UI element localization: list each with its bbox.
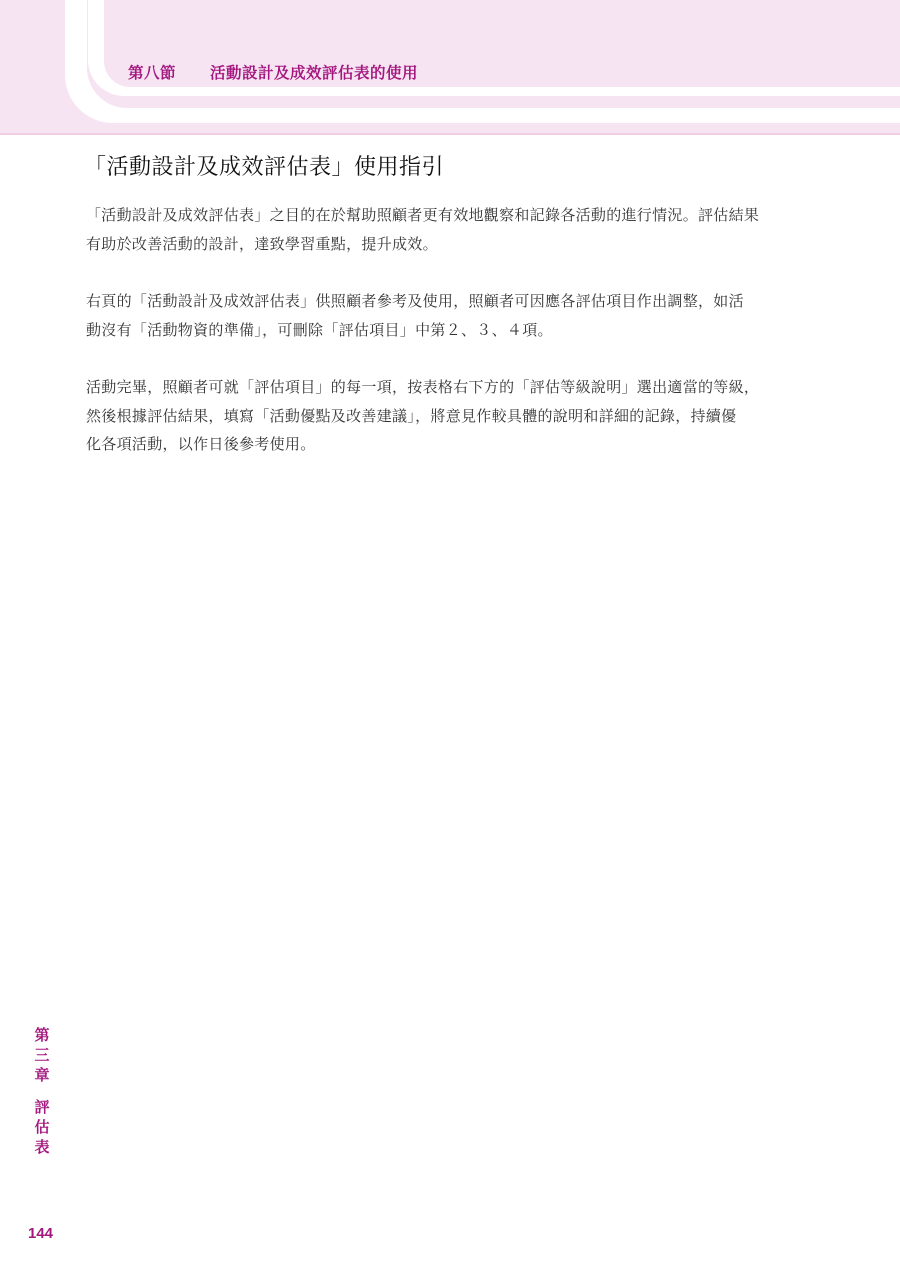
paragraph-line: 化各項活動，以作日後參考使用。 [86,430,806,459]
paragraph-line: 活動完畢，照顧者可就「評估項目」的每一項，按表格右下方的「評估等級說明」選出適當… [86,373,806,402]
paragraph-line: 動沒有「活動物資的準備」，可刪除「評估項目」中第２、３、４項。 [86,316,806,345]
chapter-side-tab: 第 三 章 評 估 表 [32,1025,52,1157]
page-number: 144 [28,1225,53,1242]
side-tab-spacer [32,1085,52,1097]
paragraph-line: 右頁的「活動設計及成效評估表」供照顧者參考及使用，照顧者可因應各評估項目作出調整… [86,287,806,316]
chapter-label-char: 章 [32,1065,52,1085]
paragraph-purpose: 「活動設計及成效評估表」之目的在於幫助照顧者更有效地觀察和記錄各活動的進行情況。… [86,201,806,258]
paragraph-line: 「活動設計及成效評估表」之目的在於幫助照顧者更有效地觀察和記錄各活動的進行情況。… [86,201,806,230]
section-heading: 第八節活動設計及成效評估表的使用 [128,61,418,83]
page-title: 「活動設計及成效評估表」使用指引 [84,150,444,181]
chapter-label-char: 三 [32,1045,52,1065]
paragraph-line: 有助於改善活動的設計，達致學習重點，提升成效。 [86,230,806,259]
chapter-title-char: 評 [32,1097,52,1117]
section-title: 活動設計及成效評估表的使用 [210,64,418,82]
paragraph-procedure: 活動完畢，照顧者可就「評估項目」的每一項，按表格右下方的「評估等級說明」選出適當… [86,373,806,459]
page-header: 第八節活動設計及成效評估表的使用 [0,0,900,135]
paragraph-usage: 右頁的「活動設計及成效評估表」供照顧者參考及使用，照顧者可因應各評估項目作出調整… [86,287,806,344]
chapter-label-char: 第 [32,1025,52,1045]
chapter-title-char: 估 [32,1117,52,1137]
paragraph-line: 然後根據評估結果，填寫「活動優點及改善建議」，將意見作較具體的說明和詳細的記錄，… [86,402,806,431]
section-number: 第八節 [128,64,176,82]
chapter-title-char: 表 [32,1137,52,1157]
